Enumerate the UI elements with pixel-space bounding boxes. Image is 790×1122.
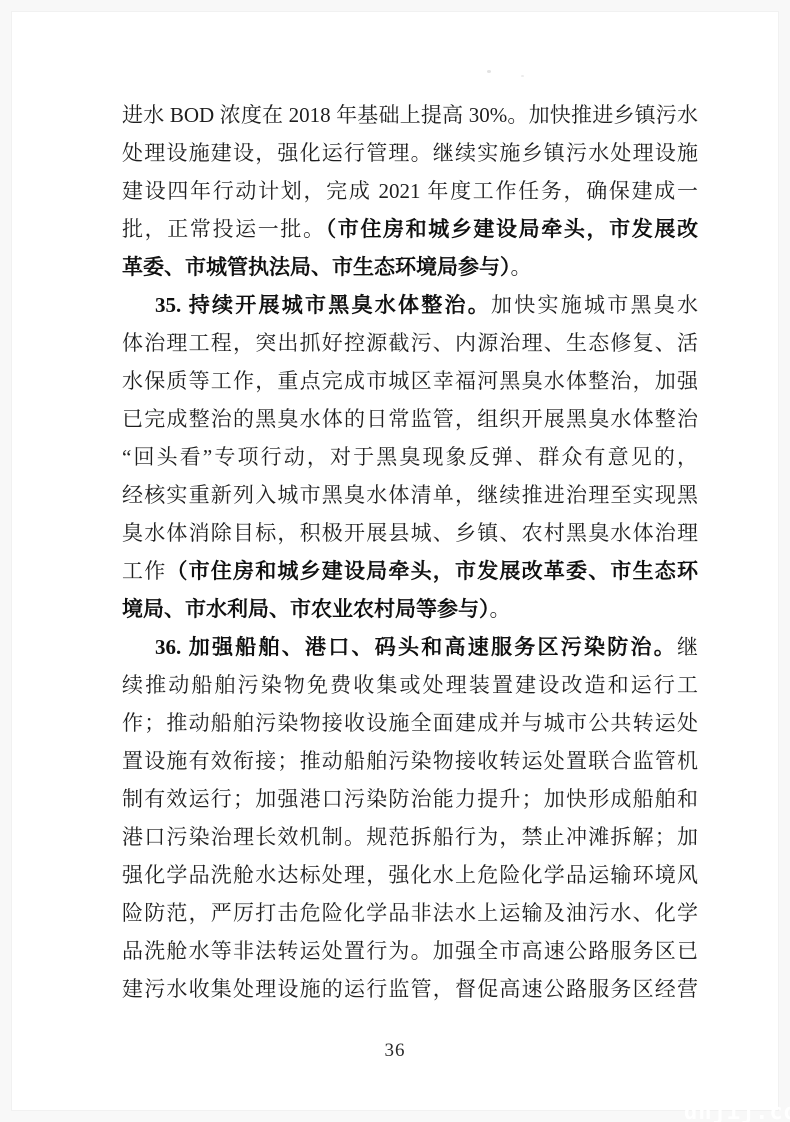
text-line: 已完成整治的黑臭水体的日常监管，组织开展黑臭水体整治 [122, 400, 698, 438]
text-segment: 进水 BOD 浓度在 2018 年基础上提高 30%。加快推进乡镇污水 [122, 103, 698, 127]
text-line: 港口污染治理长效机制。规范拆船行为，禁止冲滩拆解；加 [122, 818, 698, 856]
document-text: 进水 BOD 浓度在 2018 年基础上提高 30%。加快推进乡镇污水处理设施建… [122, 96, 698, 1008]
text-segment: 继 [677, 635, 698, 659]
text-line: 险防范，严厉打击危险化学品非法水上运输及油污水、化学 [122, 894, 698, 932]
text-segment: 水保质等工作，重点完成市城区幸福河黑臭水体整治，加强 [122, 369, 698, 393]
text-line: 处理设施建设，强化运行管理。继续实施乡镇污水处理设施 [122, 134, 698, 172]
text-segment: 港口污染治理长效机制。规范拆船行为，禁止冲滩拆解；加 [122, 825, 698, 849]
bold-text-segment: 革委、市城管执法局、市生态环境局参与） [122, 255, 511, 279]
text-segment: 工作 [122, 559, 166, 583]
text-segment: 体治理工程，突出抓好控源截污、内源治理、生态修复、活 [122, 331, 698, 355]
text-line: 水保质等工作，重点完成市城区幸福河黑臭水体整治，加强 [122, 362, 698, 400]
text-line: 制有效运行；加强港口污染防治能力提升；加快形成船舶和 [122, 780, 698, 818]
text-line: 作；推动船舶污染物接收设施全面建成并与城市公共转运处 [122, 704, 698, 742]
text-segment: 批，正常投运一批。 [122, 217, 326, 241]
bold-text-segment: （市住房和城乡建设局牵头，市发展改革委、市生态环 [166, 559, 698, 583]
text-segment: 作；推动船舶污染物接收设施全面建成并与城市公共转运处 [122, 711, 698, 735]
text-segment: 品洗舱水等非法转运处置行为。加强全市高速公路服务区已 [122, 939, 698, 963]
text-segment: 。 [511, 255, 532, 279]
text-line: 品洗舱水等非法转运处置行为。加强全市高速公路服务区已 [122, 932, 698, 970]
bold-text-segment: 境局、市水利局、市农业农村局等参与） [122, 597, 490, 621]
text-line: 置设施有效衔接；推动船舶污染物接收转运处置联合监管机 [122, 742, 698, 780]
text-line: 经核实重新列入城市黑臭水体清单，继续推进治理至实现黑 [122, 476, 698, 514]
text-line: 境局、市水利局、市农业农村局等参与）。 [122, 590, 698, 628]
text-line: “回头看”专项行动，对于黑臭现象反弹、群众有意见的， [122, 438, 698, 476]
text-line: 革委、市城管执法局、市生态环境局参与）。 [122, 248, 698, 286]
text-segment: 建设四年行动计划，完成 2021 年度工作任务，确保建成一 [122, 179, 698, 203]
text-line: 批，正常投运一批。（市住房和城乡建设局牵头，市发展改 [122, 210, 698, 248]
text-segment: 强化学品洗舱水达标处理，强化水上危险化学品运输环境风 [122, 863, 698, 887]
text-segment: 续推动船舶污染物免费收集或处理装置建设改造和运行工 [122, 673, 698, 697]
page-number: 36 [12, 1040, 778, 1062]
text-line: 进水 BOD 浓度在 2018 年基础上提高 30%。加快推进乡镇污水 [122, 96, 698, 134]
text-line: 36. 加强船舶、港口、码头和高速服务区污染防治。继 [122, 628, 698, 666]
text-segment: 经核实重新列入城市黑臭水体清单，继续推进治理至实现黑 [122, 483, 698, 507]
text-line: 强化学品洗舱水达标处理，强化水上危险化学品运输环境风 [122, 856, 698, 894]
bold-text-segment: （市住房和城乡建设局牵头，市发展改 [326, 217, 698, 241]
text-segment: 已完成整治的黑臭水体的日常监管，组织开展黑臭水体整治 [122, 407, 698, 431]
text-segment: 。 [490, 597, 511, 621]
text-line: 臭水体消除目标，积极开展县城、乡镇、农村黑臭水体治理 [122, 514, 698, 552]
text-segment: 险防范，严厉打击危险化学品非法水上运输及油污水、化学 [122, 901, 698, 925]
bold-text-segment: 36. 加强船舶、港口、码头和高速服务区污染防治。 [155, 635, 677, 659]
text-line: 建污水收集处理设施的运行监管，督促高速公路服务区经营 [122, 970, 698, 1008]
text-segment: 制有效运行；加强港口污染防治能力提升；加快形成船舶和 [122, 787, 698, 811]
watermark: dnjij.co [684, 1100, 790, 1122]
document-page: 进水 BOD 浓度在 2018 年基础上提高 30%。加快推进乡镇污水处理设施建… [12, 12, 778, 1110]
text-segment: 加快实施城市黑臭水 [491, 293, 698, 317]
text-segment: “回头看”专项行动，对于黑臭现象反弹、群众有意见的， [122, 445, 698, 469]
text-segment: 处理设施建设，强化运行管理。继续实施乡镇污水处理设施 [122, 141, 698, 165]
text-line: 建设四年行动计划，完成 2021 年度工作任务，确保建成一 [122, 172, 698, 210]
text-segment: 臭水体消除目标，积极开展县城、乡镇、农村黑臭水体治理 [122, 521, 698, 545]
text-line: 35. 持续开展城市黑臭水体整治。加快实施城市黑臭水 [122, 286, 698, 324]
text-segment: 建污水收集处理设施的运行监管，督促高速公路服务区经营 [122, 977, 698, 1001]
text-segment: 置设施有效衔接；推动船舶污染物接收转运处置联合监管机 [122, 749, 698, 773]
bold-text-segment: 35. 持续开展城市黑臭水体整治。 [155, 293, 491, 317]
text-line: 工作（市住房和城乡建设局牵头，市发展改革委、市生态环 [122, 552, 698, 590]
text-line: 续推动船舶污染物免费收集或处理装置建设改造和运行工 [122, 666, 698, 704]
scan-artifact-dot [487, 70, 491, 73]
text-line: 体治理工程，突出抓好控源截污、内源治理、生态修复、活 [122, 324, 698, 362]
scan-artifact-dot [521, 75, 524, 77]
